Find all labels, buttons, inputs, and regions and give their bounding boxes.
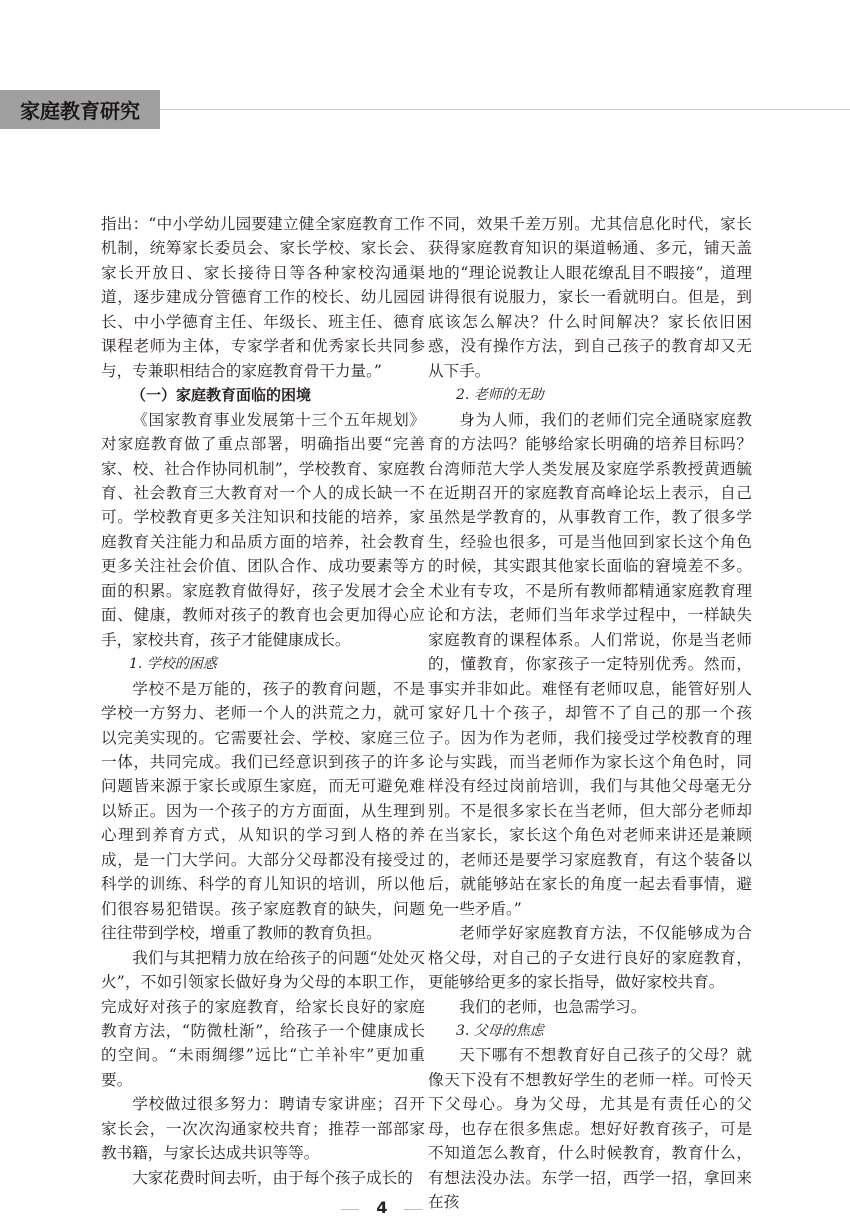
paragraph: 我们的老师，也急需学习。: [428, 995, 752, 1019]
paragraph: 学校不是万能的，孩子的教育问题，不是学校一方努力、老师一个人的洪荒之力，就可以完…: [101, 677, 425, 946]
paragraph-continuation: 指出：“中小学幼儿园要建立健全家庭教育工作机制，统筹家长委员会、家长学校、家长会…: [101, 212, 425, 383]
paragraph: 《国家教育事业发展第十三个五年规划》对家庭教育做了重点部署，明确指出要“完善家、…: [101, 408, 425, 653]
paragraph: 身为人师，我们的老师们完全通晓家庭教育的方法吗？能够给家长明确的培养目标吗？台湾…: [428, 408, 752, 922]
paragraph: 大家花费时间去听，由于每个孩子成长的: [101, 1166, 425, 1190]
subsection-heading: 2. 老师的无助: [428, 383, 752, 407]
section-title-banner: 家庭教育研究: [0, 90, 160, 129]
right-column: 不同，效果千差万别。尤其信息化时代，家长获得家庭教育知识的渠道畅通、多元，铺天盖…: [428, 212, 752, 1215]
paragraph-continuation: 不同，效果千差万别。尤其信息化时代，家长获得家庭教育知识的渠道畅通、多元，铺天盖…: [428, 212, 752, 383]
subsection-heading: 3. 父母的焦虑: [428, 1019, 752, 1043]
page-footer: 4: [0, 1198, 850, 1218]
paragraph: 天下哪有不想教育好自己孩子的父母？就像天下没有不想教好学生的老师一样。可怜天下父…: [428, 1043, 752, 1214]
paragraph: 学校做过很多努力：聘请专家讲座；召开家长会，一次次沟通家校共育；推荐一部部家教书…: [101, 1092, 425, 1165]
footer-dash-right: [404, 1209, 422, 1210]
header-rule-divider: [160, 109, 850, 110]
subsection-heading: 1. 学校的困惑: [101, 652, 425, 676]
paragraph: 老师学好家庭教育方法，不仅能够成为合格父母，对自己的子女进行良好的家庭教育，更能…: [428, 921, 752, 994]
left-column: 指出：“中小学幼儿园要建立健全家庭教育工作机制，统筹家长委员会、家长学校、家长会…: [101, 212, 425, 1190]
section-heading: （一）家庭教育面临的困境: [101, 383, 425, 407]
footer-dash-left: [341, 1209, 359, 1210]
paragraph: 我们与其把精力放在给孩子的问题“处处灭火”，不如引领家长做好身为父母的本职工作，…: [101, 946, 425, 1093]
section-title: 家庭教育研究: [20, 95, 140, 124]
page-number: 4: [372, 1198, 392, 1217]
